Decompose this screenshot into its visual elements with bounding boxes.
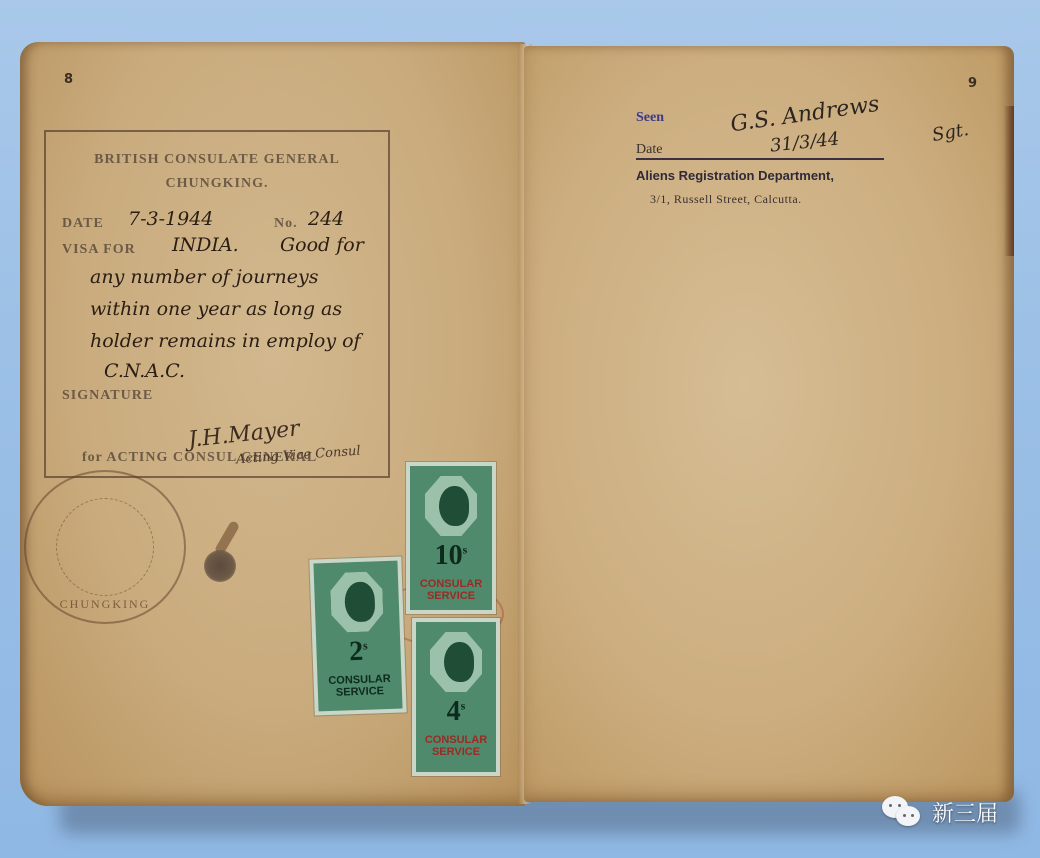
chat-bubble-icon: [896, 806, 920, 826]
visa-for-label: VISA FOR: [62, 242, 136, 258]
visa-country: INDIA.: [172, 234, 239, 256]
consulate-seal: CHUNGKING: [24, 470, 186, 624]
coat-of-arms-icon: [56, 498, 154, 596]
visa-condition-line: any number of journeys: [90, 266, 318, 288]
department-name: Aliens Registration Department,: [636, 168, 834, 183]
visa-stamp: BRITISH CONSULATE GENERAL CHUNGKING. DAT…: [44, 130, 390, 478]
stamp-label-line: CONSULAR: [410, 578, 492, 590]
revenue-stamp-4s: 4s CONSULARSERVICE: [412, 618, 500, 776]
visa-stamp-footer: for ACTING CONSUL GENERAL: [82, 450, 317, 466]
stamp-value-number: 4: [447, 696, 461, 727]
stamp-value-unit: s: [463, 543, 468, 557]
number-value: 244: [308, 208, 344, 230]
passport-page-right: 9 Seen Date G.S. Andrews 31/3/44 Sgt. Al…: [524, 46, 1014, 802]
watermark: 新三届: [880, 790, 998, 834]
date-label: DATE: [62, 216, 104, 232]
stamp-label-line: SERVICE: [410, 590, 492, 602]
number-label: No.: [274, 216, 298, 232]
signature-line: [636, 158, 884, 160]
visa-stamp-city: CHUNGKING.: [46, 176, 388, 192]
signature-label: SIGNATURE: [62, 388, 153, 404]
revenue-stamp-10s: 10s CONSULARSERVICE: [406, 462, 496, 614]
seal-text: CHUNGKING: [26, 597, 184, 612]
stamp-label: CONSULARSERVICE: [410, 578, 492, 602]
page-number: 8: [64, 72, 73, 87]
visa-stamp-title: BRITISH CONSULATE GENERAL: [46, 152, 388, 168]
watermark-text: 新三届: [932, 797, 998, 828]
consul-signature: J.H.Mayer: [187, 416, 301, 453]
visa-condition-line: Good for: [280, 234, 364, 256]
registration-date: 31/3/44: [769, 128, 840, 156]
officer-signature: G.S. Andrews: [729, 92, 881, 138]
bubble-dot: [911, 814, 914, 817]
stamp-value-unit: s: [461, 699, 466, 713]
department-address: 3/1, Russell Street, Calcutta.: [650, 192, 802, 207]
stamp-label: CONSULARSERVICE: [416, 734, 496, 758]
bubble-dot: [889, 804, 892, 807]
page-number: 9: [968, 76, 977, 91]
stamp-value: 10s: [410, 540, 492, 572]
passport-page-left: 8 BRITISH CONSULATE GENERAL CHUNGKING. D…: [20, 42, 526, 806]
stamp-value-number: 2: [349, 636, 364, 667]
stamp-value: 4s: [416, 696, 496, 728]
stamp-value-unit: s: [363, 638, 368, 652]
king-head-icon: [439, 486, 469, 526]
stamp-label: CONSULARSERVICE: [317, 673, 402, 700]
stamp-label-line: CONSULAR: [416, 734, 496, 746]
officer-rank: Sgt.: [930, 119, 970, 146]
stamp-value: 2s: [316, 635, 401, 670]
visa-condition-line: holder remains in employ of: [90, 330, 361, 352]
staple-hole: [204, 550, 236, 582]
bubble-dot: [898, 804, 901, 807]
revenue-stamp-2s: 2s CONSULARSERVICE: [309, 556, 406, 715]
king-head-icon: [444, 642, 474, 682]
date-label: Date: [636, 142, 662, 158]
king-head-icon: [344, 581, 375, 622]
visa-condition-line: C.N.A.C.: [104, 360, 185, 382]
bubble-dot: [903, 814, 906, 817]
edge-stain: [1004, 106, 1014, 256]
seen-label: Seen: [636, 110, 664, 126]
wechat-icon: [880, 794, 924, 830]
visa-condition-line: within one year as long as: [90, 298, 342, 320]
date-value: 7-3-1944: [128, 208, 213, 230]
stamp-value-number: 10: [435, 540, 463, 571]
stamp-label-line: SERVICE: [416, 746, 496, 758]
